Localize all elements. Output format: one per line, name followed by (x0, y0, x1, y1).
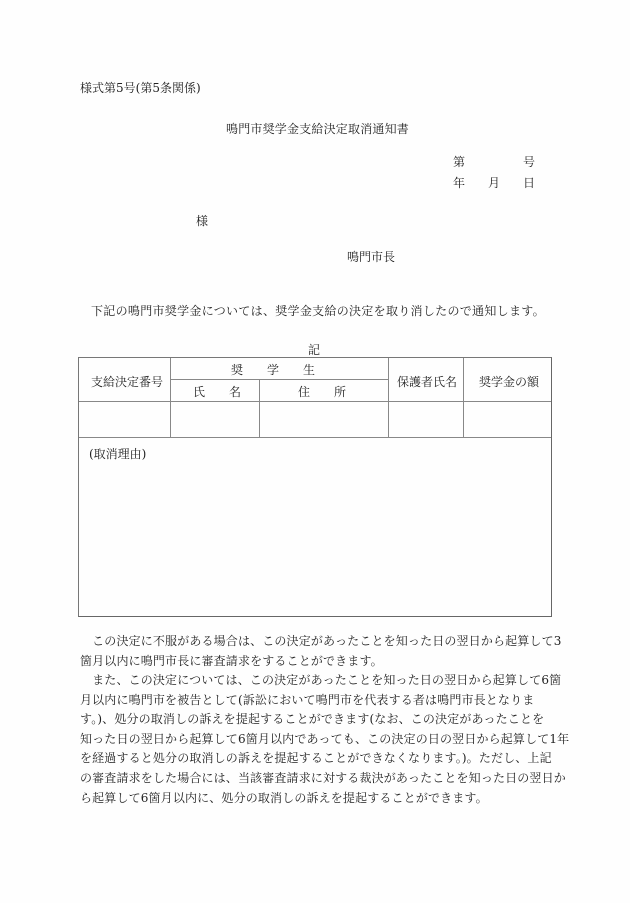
divider (79, 437, 551, 438)
header-student-address: 住 所 (298, 383, 346, 400)
reason-field[interactable] (89, 464, 539, 612)
date-day: 日 (523, 174, 535, 191)
text-line: 箇月以内に鳴門市長に審査請求をすることができます。 (80, 652, 560, 672)
document-title: 鳴門市奨学金支給決定取消通知書 (226, 120, 409, 137)
divider (79, 401, 551, 402)
text-line: この決定に不服がある場合は、この決定があったことを知った日の翌日から起算して3 (80, 632, 560, 652)
header-student-group: 奨 学 生 (231, 361, 315, 378)
amount-field[interactable] (467, 406, 549, 434)
guardian-name-field[interactable] (392, 406, 460, 434)
lawsuit-notice: また、この決定については、この決定があったことを知った日の翌日から起算して6箇 … (80, 671, 560, 808)
appeal-notice: この決定に不服がある場合は、この決定があったことを知った日の翌日から起算して3 … (80, 632, 560, 671)
header-amount: 奨学金の額 (479, 373, 539, 390)
text-line: 知った日の翌日から起算して6箇月以内であっても、この決定の日の翌日から起算して1… (80, 730, 560, 750)
header-guardian-name: 保護者氏名 (397, 373, 457, 390)
student-address-field[interactable] (263, 406, 385, 434)
text-line: を経過すると処分の取消しの訴えを提起することができなくなります。)。ただし、上記 (80, 749, 560, 769)
intro-text: 下記の鳴門市奨学金については、奨学金支給の決定を取り消したので通知します。 (91, 302, 545, 319)
divider (388, 358, 389, 437)
date-year: 年 (453, 174, 465, 191)
reason-label: (取消理由) (89, 445, 146, 462)
divider (259, 379, 260, 437)
form-number: 様式第5号(第5条関係) (80, 79, 201, 96)
divider (170, 358, 171, 437)
divider (463, 358, 464, 437)
decision-number-field[interactable] (83, 406, 167, 434)
text-line: 月以内に鳴門市を被告として(訴訟において鳴門市を代表する者は鳴門市長となりま (80, 691, 560, 711)
student-name-field[interactable] (174, 406, 256, 434)
text-line: ら起算して6箇月以内に、処分の取消しの訴えを提起することができます。 (80, 789, 560, 809)
text-line: の審査請求をした場合には、当該審査請求に対する裁決があったことを知った日の翌日か (80, 769, 560, 789)
ki-label: 記 (308, 341, 320, 358)
recipient-honorific: 様 (196, 212, 208, 229)
number-suffix: 号 (523, 153, 535, 170)
date-month: 月 (488, 174, 500, 191)
document-page: 様式第5号(第5条関係) 鳴門市奨学金支給決定取消通知書 第 号 年 月 日 様… (0, 0, 630, 903)
number-prefix: 第 (453, 153, 465, 170)
divider (170, 379, 388, 380)
text-line: す。)、処分の取消しの訴えを提起することができます(なお、この決定があったことを (80, 710, 560, 730)
details-table: 支給決定番号 奨 学 生 氏 名 住 所 保護者氏名 奨学金の額 (取消理由) (78, 357, 552, 617)
text-line: また、この決定については、この決定があったことを知った日の翌日から起算して6箇 (80, 671, 560, 691)
header-student-name: 氏 名 (193, 383, 241, 400)
issuer-name: 鳴門市長 (347, 248, 395, 265)
header-decision-number: 支給決定番号 (91, 373, 163, 390)
